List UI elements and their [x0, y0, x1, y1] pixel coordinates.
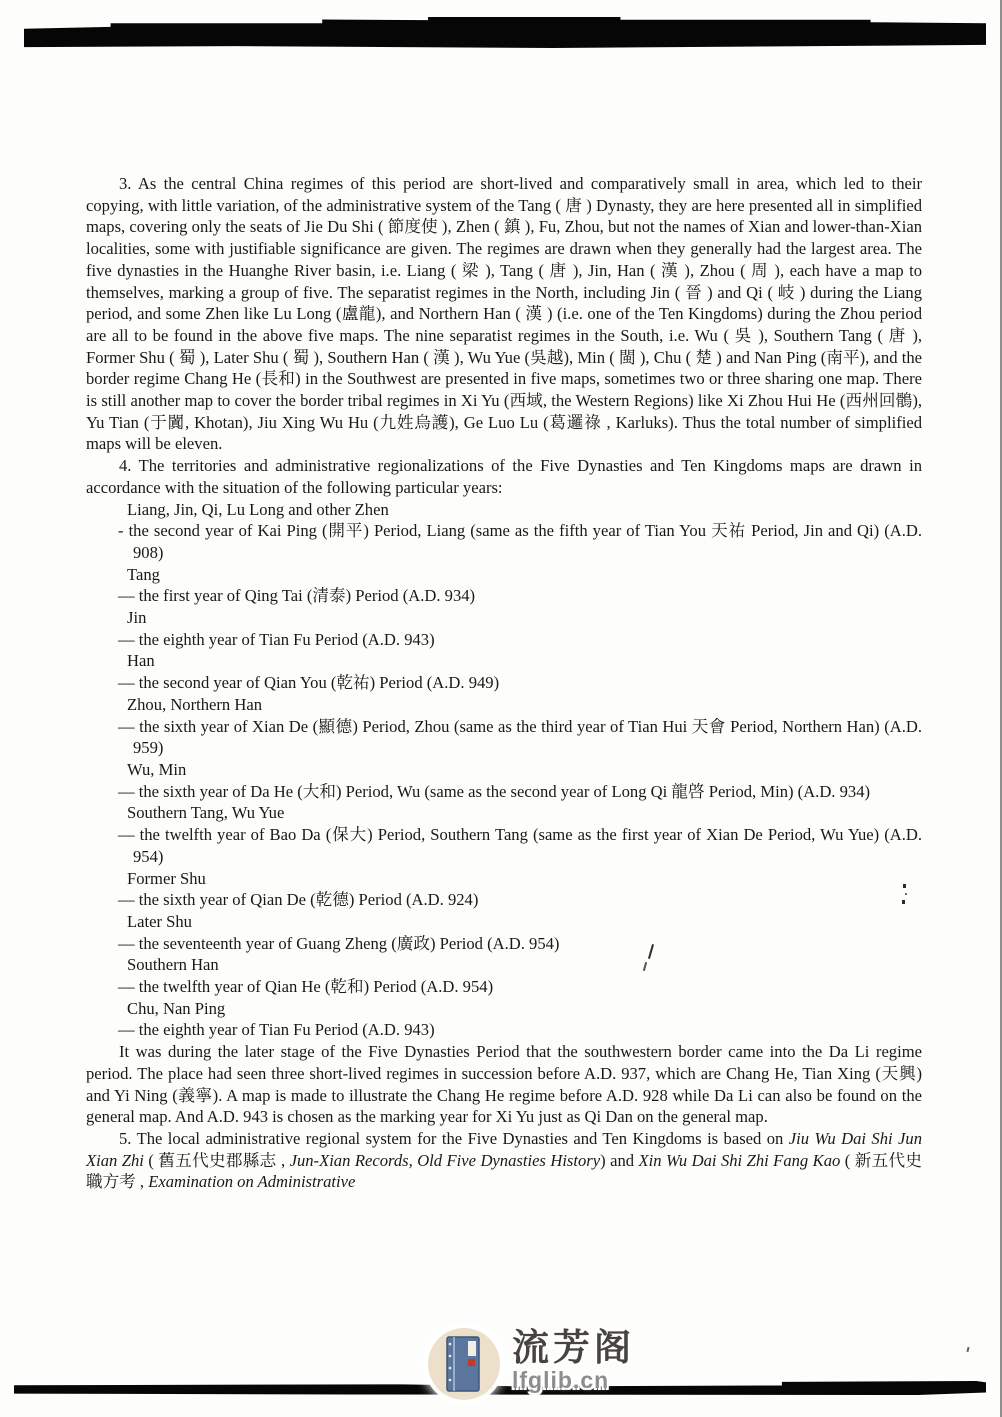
year-line: - the second year of Kai Ping (開平) Perio… — [118, 520, 922, 563]
kingdom-name-line: Former Shu — [127, 868, 922, 890]
kingdom-name-line: Han — [127, 650, 922, 672]
year-line: — the sixth year of Qian De (乾德) Period … — [118, 889, 922, 911]
watermark-site-url: lfglib.cn — [512, 1368, 635, 1392]
text-segment: Examination on Administrative — [148, 1172, 355, 1191]
kingdom-name-line: Liang, Jin, Qi, Lu Long and other Zhen — [127, 499, 922, 521]
kingdom-name-line: Chu, Nan Ping — [127, 998, 922, 1020]
scan-artifact-top-bar — [24, 17, 986, 48]
text-segment: ) and — [600, 1151, 638, 1170]
scan-speck — [902, 900, 905, 904]
book-icon — [444, 1335, 484, 1393]
page-text-block: 3. As the central China regimes of this … — [86, 173, 922, 1193]
year-line: — the second year of Qian You (乾祐) Perio… — [118, 672, 922, 694]
year-line: — the eighth year of Tian Fu Period (A.D… — [118, 1019, 922, 1041]
watermark-logo: 流芳阁 lfglib.cn — [428, 1328, 635, 1404]
year-line: — the sixth year of Da He (大和) Period, W… — [118, 781, 922, 803]
kingdom-name-line: Zhou, Northern Han — [127, 694, 922, 716]
text-segment: ( 舊五代史郡縣志 , — [144, 1151, 290, 1170]
scan-speck — [966, 1347, 969, 1352]
kingdom-years-list: Liang, Jin, Qi, Lu Long and other Zhen- … — [118, 499, 922, 1042]
scan-speck — [905, 893, 907, 895]
text-segment: Jun-Xian Records, Old Five Dynasties His… — [290, 1151, 601, 1170]
year-line: — the sixth year of Xian De (顯德) Period,… — [118, 716, 922, 759]
paragraph-4-intro: 4. The territories and administrative re… — [86, 455, 922, 498]
paragraph-4-closing: It was during the later stage of the Fiv… — [86, 1041, 922, 1128]
text-segment: 5. The local administrative regional sys… — [119, 1129, 789, 1148]
paragraph-5: 5. The local administrative regional sys… — [86, 1128, 922, 1193]
kingdom-name-line: Southern Han — [127, 954, 922, 976]
year-line: — the first year of Qing Tai (清泰) Period… — [118, 585, 922, 607]
kingdom-name-line: Later Shu — [127, 911, 922, 933]
kingdom-name-line: Southern Tang, Wu Yue — [127, 802, 922, 824]
text-segment: Xin Wu Dai Shi Zhi Fang Kao — [639, 1151, 841, 1170]
watermark-book-icon — [428, 1328, 500, 1400]
year-line: — the twelfth year of Bao Da (保大) Period… — [118, 824, 922, 867]
watermark-text: 流芳阁 lfglib.cn — [512, 1328, 635, 1392]
watermark-site-name: 流芳阁 — [512, 1330, 635, 1368]
kingdom-name-line: Wu, Min — [127, 759, 922, 781]
paragraph-3: 3. As the central China regimes of this … — [86, 173, 922, 455]
scan-speck — [903, 884, 906, 888]
year-line: — the seventeenth year of Guang Zheng (廣… — [118, 933, 922, 955]
year-line: — the eighth year of Tian Fu Period (A.D… — [118, 629, 922, 651]
kingdom-name-line: Tang — [127, 564, 922, 586]
scanned-book-page: 3. As the central China regimes of this … — [0, 0, 1002, 1417]
kingdom-name-line: Jin — [127, 607, 922, 629]
year-line: — the twelfth year of Qian He (乾和) Perio… — [118, 976, 922, 998]
